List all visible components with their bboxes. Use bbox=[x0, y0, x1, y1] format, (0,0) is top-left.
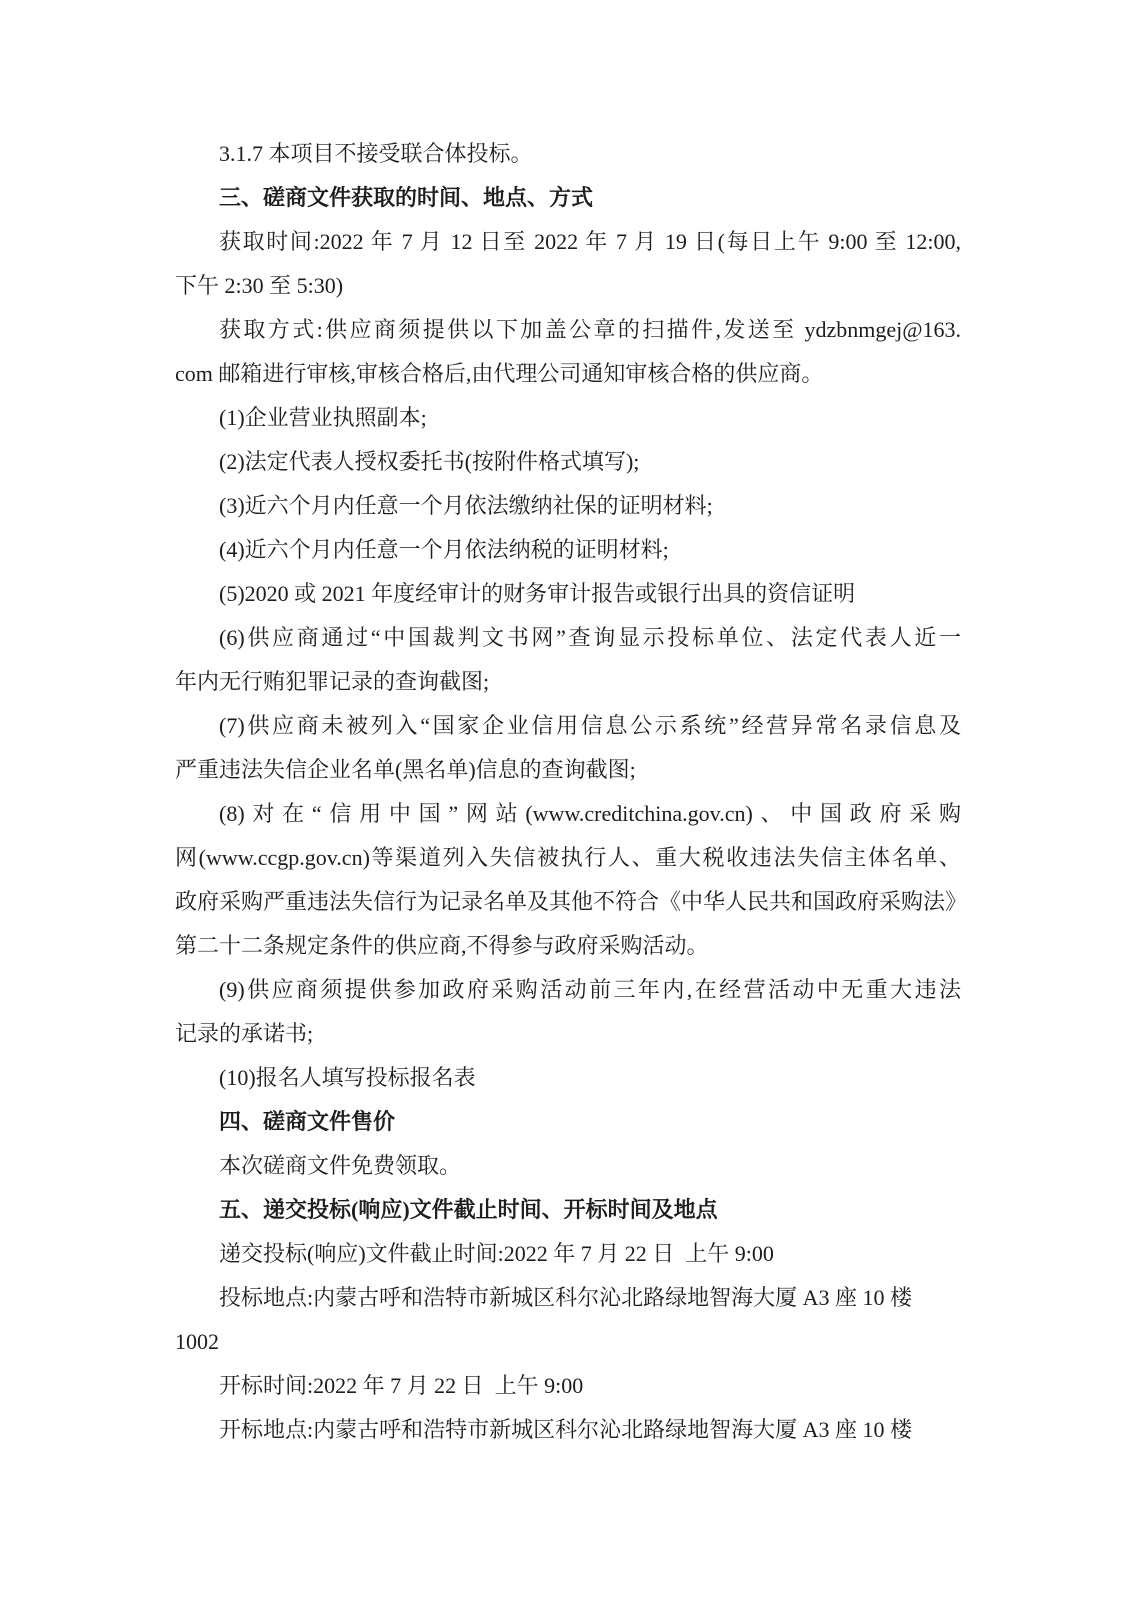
document-page: 3.1.7 本项目不接受联合体投标。三、磋商文件获取的时间、地点、方式获取时间:… bbox=[0, 0, 1131, 1600]
document-line: com 邮箱进行审核,审核合格后,由代理公司通知审核合格的供应商。 bbox=[175, 352, 961, 396]
document-line: 网(www.ccgp.gov.cn)等渠道列入失信被执行人、重大税收违法失信主体… bbox=[175, 836, 961, 880]
document-line: (2)法定代表人授权委托书(按附件格式填写); bbox=[175, 440, 961, 484]
document-line: (6)供应商通过“中国裁判文书网”查询显示投标单位、法定代表人近一 bbox=[175, 616, 961, 660]
document-line: (7)供应商未被列入“国家企业信用信息公示系统”经营异常名录信息及 bbox=[175, 704, 961, 748]
document-line: 第二十二条规定条件的供应商,不得参与政府采购活动。 bbox=[175, 924, 961, 968]
document-line: 本次磋商文件免费领取。 bbox=[175, 1144, 961, 1188]
document-line: 获取时间:2022 年 7 月 12 日至 2022 年 7 月 19 日(每日… bbox=[175, 220, 961, 264]
document-line: 投标地点:内蒙古呼和浩特市新城区科尔沁北路绿地智海大厦 A3 座 10 楼 bbox=[175, 1276, 961, 1320]
document-line: 开标时间:2022 年 7 月 22 日 上午 9:00 bbox=[175, 1364, 961, 1408]
document-line: (8)对在“信用中国”网站(www.creditchina.gov.cn)、中国… bbox=[175, 792, 961, 836]
section-heading: 三、磋商文件获取的时间、地点、方式 bbox=[175, 176, 961, 220]
document-line: 下午 2:30 至 5:30) bbox=[175, 264, 961, 308]
document-line: 开标地点:内蒙古呼和浩特市新城区科尔沁北路绿地智海大厦 A3 座 10 楼 bbox=[175, 1408, 961, 1452]
document-line: 严重违法失信企业名单(黑名单)信息的查询截图; bbox=[175, 748, 961, 792]
document-line: (1)企业营业执照副本; bbox=[175, 396, 961, 440]
document-line: 递交投标(响应)文件截止时间:2022 年 7 月 22 日 上午 9:00 bbox=[175, 1232, 961, 1276]
document-line: (4)近六个月内任意一个月依法纳税的证明材料; bbox=[175, 528, 961, 572]
document-line: 3.1.7 本项目不接受联合体投标。 bbox=[175, 132, 961, 176]
section-heading: 四、磋商文件售价 bbox=[175, 1100, 961, 1144]
document-line: (3)近六个月内任意一个月依法缴纳社保的证明材料; bbox=[175, 484, 961, 528]
document-line: 获取方式:供应商须提供以下加盖公章的扫描件,发送至 ydzbnmgej@163. bbox=[175, 308, 961, 352]
document-line: 年内无行贿犯罪记录的查询截图; bbox=[175, 660, 961, 704]
document-line: (5)2020 或 2021 年度经审计的财务审计报告或银行出具的资信证明 bbox=[175, 572, 961, 616]
document-line: 1002 bbox=[175, 1320, 961, 1364]
document-line: (9)供应商须提供参加政府采购活动前三年内,在经营活动中无重大违法 bbox=[175, 968, 961, 1012]
document-line: (10)报名人填写投标报名表 bbox=[175, 1056, 961, 1100]
section-heading: 五、递交投标(响应)文件截止时间、开标时间及地点 bbox=[175, 1188, 961, 1232]
document-line: 记录的承诺书; bbox=[175, 1012, 961, 1056]
document-line: 政府采购严重违法失信行为记录名单及其他不符合《中华人民共和国政府采购法》 bbox=[175, 880, 961, 924]
